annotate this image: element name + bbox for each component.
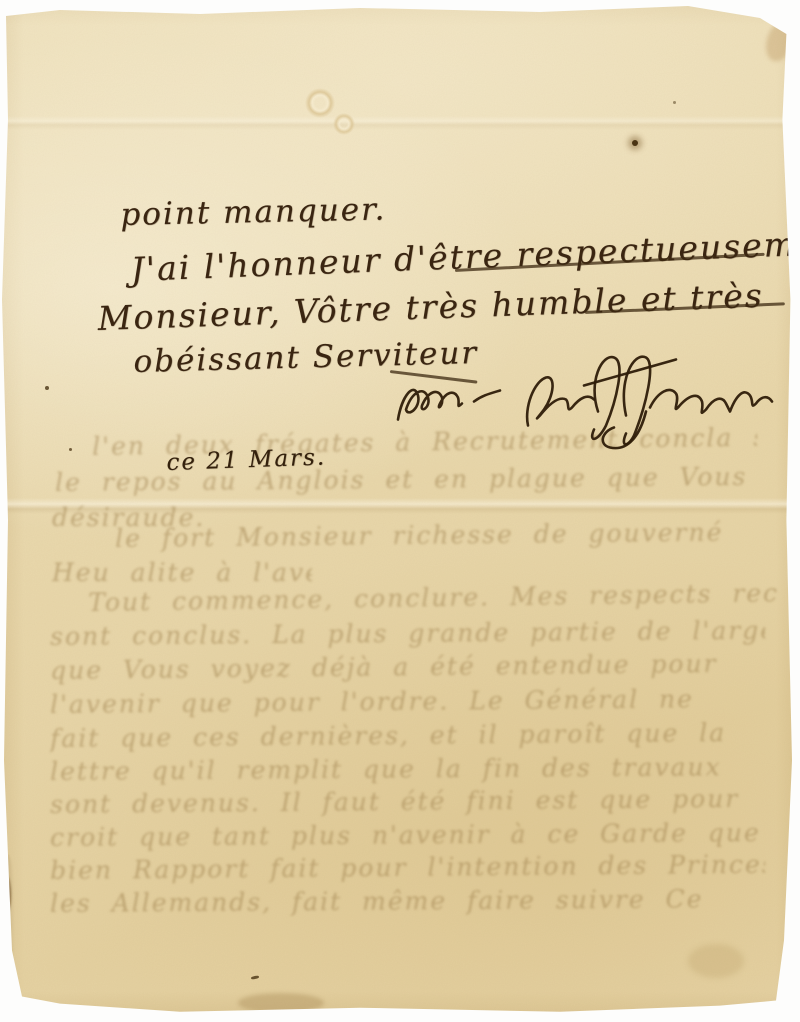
verso-showthrough: l'en deux frégates à Recrutement concla …: [0, 0, 800, 1022]
showthrough-line: désiraude.: [52, 503, 222, 532]
showthrough-line: Tout commence, conclure. Mes respects re…: [88, 578, 778, 617]
bottom-right-stain: [688, 944, 744, 978]
handwriting-line-1: point manquer.: [120, 191, 387, 233]
showthrough-line: croit que tant plus n'avenir à ce Garde …: [50, 818, 770, 852]
showthrough-line: bien Rapport fait pour l'intention des P…: [50, 850, 765, 885]
showthrough-line: le fort Monsieur richesse de gouverné: [115, 517, 765, 553]
showthrough-line: sont conclus. La plus grande partie de l…: [50, 616, 765, 651]
signature-flourish: [388, 350, 780, 458]
ink-speck: [45, 386, 49, 390]
ink-speck: [69, 448, 72, 451]
left-edge-stain: [0, 855, 14, 977]
showthrough-line: lettre qu'il remplit que la fin des trav…: [50, 752, 765, 786]
bottom-edge-stain: [238, 993, 324, 1013]
top-right-corner-stain: [761, 17, 799, 65]
letter-paper: l'en deux frégates à Recrutement concla …: [0, 0, 800, 1022]
showthrough-line: fait que ces dernières, et il paroît que…: [50, 718, 765, 753]
left-edge-stain-core: [2, 876, 11, 914]
paper-grain-texture: [0, 0, 800, 1022]
showthrough-line: Heu alite à l'avenir.: [52, 558, 312, 587]
showthrough-line: sont devenus. Il faut été fini est que p…: [50, 784, 770, 819]
scanned-letter: l'en deux frégates à Recrutement concla …: [0, 0, 800, 1022]
showthrough-line: que Vous voyez déjà a été entendue pour: [50, 649, 765, 685]
showthrough-line: le repos au Anglois et en plague que Vou…: [55, 462, 755, 497]
ink-speck: [632, 140, 638, 146]
ink-speck: [673, 101, 676, 104]
date-line: ce 21 Mars.: [166, 444, 327, 476]
showthrough-line: les Allemands, fait même faire suivre Ce…: [50, 884, 700, 918]
showthrough-line: l'avenir que pour l'ordre. Le Général ne: [50, 684, 765, 719]
ink-speck: [251, 975, 259, 980]
